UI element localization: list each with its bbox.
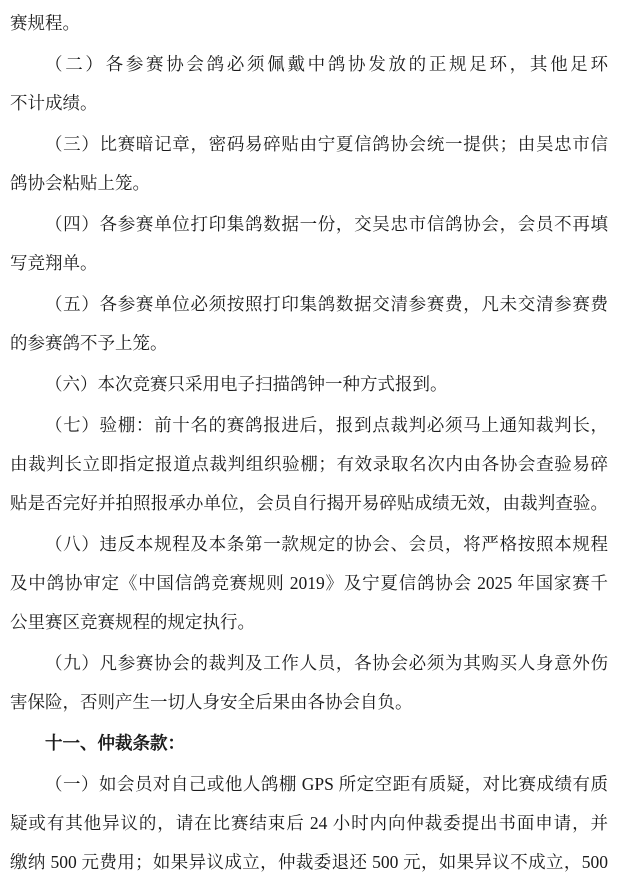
clause-8-line: （八）违反本规程及本条第一款规定的协会、会员，将严格按照本规程 — [10, 525, 608, 564]
arbitration-clause-1-line: 疑或有其他异议的，请在比赛结束后 24 小时内向仲裁委提出书面申请，并 — [10, 804, 608, 843]
clause-5-line: （五）各参赛单位必须按照打印集鸽数据交清参赛费，凡未交清参赛费 — [10, 285, 608, 324]
clause-8-line: 及中鸽协审定《中国信鸽竞赛规则 2019》及宁夏信鸽协会 2025 年国家赛千 — [10, 564, 608, 603]
clause-2-line: 不计成绩。 — [10, 84, 608, 123]
clause-7-line: 贴是否完好并拍照报承办单位，会员自行揭开易碎贴成绩无效，由裁判查验。 — [10, 484, 608, 523]
clause-9-line: （九）凡参赛协会的裁判及工作人员，各协会必须为其购买人身意外伤 — [10, 644, 608, 683]
clause-6-line: （六）本次竞赛只采用电子扫描鸽钟一种方式报到。 — [10, 365, 608, 404]
document-page: 赛规程。（二）各参赛协会鸽必须佩戴中鸽协发放的正规足环，其他足环不计成绩。（三）… — [0, 0, 620, 885]
clause-3-line: （三）比赛暗记章，密码易碎贴由宁夏信鸽协会统一提供；由吴忠市信 — [10, 125, 608, 164]
clause-2-line: （二）各参赛协会鸽必须佩戴中鸽协发放的正规足环，其他足环 — [10, 45, 608, 84]
clause-7-line: （七）验棚：前十名的赛鸽报进后，报到点裁判必须马上通知裁判长， — [10, 406, 608, 445]
clause-5-line: 的参赛鸽不予上笼。 — [10, 324, 608, 363]
clause-4-line: 写竞翔单。 — [10, 244, 608, 283]
clause-3-line: 鸽协会粘贴上笼。 — [10, 164, 608, 203]
clause-8-line: 公里赛区竞赛规程的规定执行。 — [10, 603, 608, 642]
section-heading-arbitration: 十一、仲裁条款： — [10, 724, 608, 763]
arbitration-clause-1-line: 缴纳 500 元费用；如果异议成立，仲裁委退还 500 元，如果异议不成立，50… — [10, 843, 608, 882]
clause-4-line: （四）各参赛单位打印集鸽数据一份，交吴忠市信鸽协会，会员不再填 — [10, 205, 608, 244]
arbitration-clause-1-line: （一）如会员对自己或他人鸽棚 GPS 所定空距有质疑，对比赛成绩有质 — [10, 765, 608, 804]
clause-9-line: 害保险，否则产生一切人身安全后果由各协会自负。 — [10, 683, 608, 722]
document-line: 赛规程。 — [10, 4, 608, 43]
clause-7-line: 由裁判长立即指定报道点裁判组织验棚；有效录取名次内由各协会查验易碎 — [10, 445, 608, 484]
